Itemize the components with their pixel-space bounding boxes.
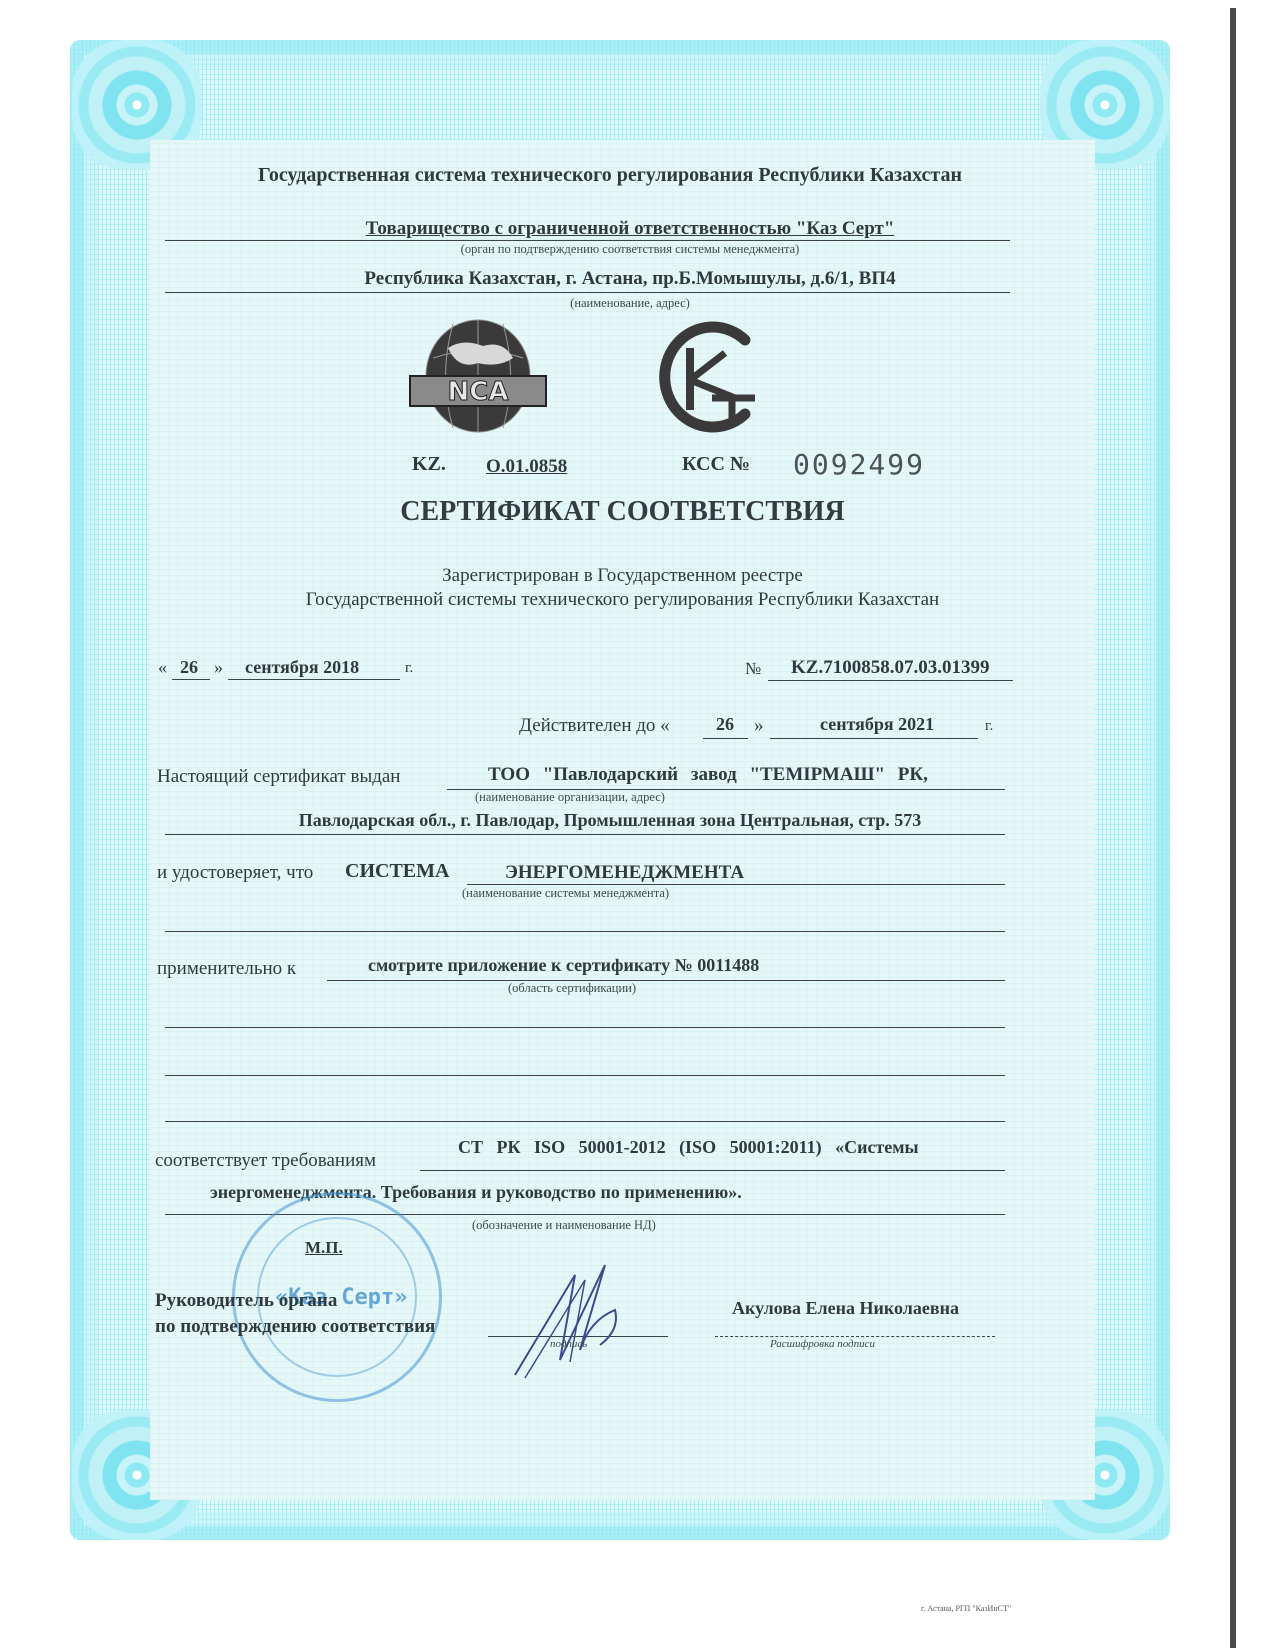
kcc-conformity-mark-icon bbox=[650, 318, 765, 436]
body-caption: (орган по подтверждению соответствия сис… bbox=[165, 242, 1095, 257]
issued-to-label: Настоящий сертификат выдан bbox=[157, 766, 400, 788]
address-caption: (наименование, адрес) bbox=[165, 296, 1095, 311]
underline bbox=[770, 738, 978, 739]
certifies-caption: (наименование системы менеджмента) bbox=[462, 886, 669, 901]
signatory-role-line-1: Руководитель органа bbox=[155, 1290, 337, 1312]
underline bbox=[165, 834, 1005, 835]
certificate-title: СЕРТИФИКАТ СООТВЕТСТВИЯ bbox=[150, 496, 1095, 528]
certifies-system-label: СИСТЕМА bbox=[345, 860, 449, 883]
printer-note: г. Астана, РГП "КазИнСТ" bbox=[921, 1604, 1011, 1613]
underline bbox=[228, 679, 400, 680]
kcc-label: КСС № bbox=[682, 453, 750, 476]
underline bbox=[703, 738, 748, 739]
issue-month-year: сентября 2018 bbox=[245, 657, 359, 678]
underline bbox=[172, 679, 210, 680]
certification-body-address: Республика Казахстан, г. Астана, пр.Б.Мо… bbox=[165, 268, 1095, 290]
date-close-quote: » bbox=[214, 657, 223, 678]
underline bbox=[715, 1336, 995, 1337]
scope-value: смотрите приложение к сертификату № 0011… bbox=[368, 955, 759, 976]
nca-globe-logo-icon: NCA bbox=[408, 318, 548, 436]
signatory-name: Акулова Елена Николаевна bbox=[732, 1298, 959, 1319]
cert-number-label: № bbox=[745, 659, 761, 679]
date-open-quote: « bbox=[158, 657, 167, 678]
certificate-number: KZ.7100858.07.03.01399 bbox=[791, 657, 989, 679]
valid-until-month-year: сентября 2021 bbox=[820, 714, 934, 735]
registered-line-1: Зарегистрирован в Государственном реестр… bbox=[150, 565, 1095, 587]
svg-text:NCA: NCA bbox=[448, 377, 509, 407]
scope-caption: (область сертификации) bbox=[508, 981, 636, 996]
management-system-name: ЭНЕРГОМЕНЕДЖМЕНТА bbox=[505, 862, 744, 884]
valid-year-suffix: г. bbox=[985, 718, 993, 735]
underline bbox=[768, 680, 1013, 681]
underline bbox=[327, 980, 1005, 981]
certification-body-name: Товарищество с ограниченной ответственно… bbox=[165, 218, 1095, 240]
issued-to-organization: ТОО "Павлодарский завод "ТЕМІРМАШ" РК, bbox=[488, 764, 928, 786]
underline bbox=[165, 292, 1010, 293]
signature-caption: подпись bbox=[550, 1338, 587, 1350]
underline bbox=[165, 1027, 1005, 1028]
standard-line-2: энергоменеджмента. Требования и руководс… bbox=[210, 1182, 742, 1203]
issued-to-caption: (наименование организации, адрес) bbox=[475, 790, 665, 805]
name-caption: Расшифровка подписи bbox=[770, 1338, 875, 1350]
complies-caption: (обозначение и наименование НД) bbox=[472, 1218, 656, 1233]
underline bbox=[467, 884, 1005, 885]
authority-heading: Государственная система технического рег… bbox=[195, 164, 1025, 187]
kz-accreditation-number: О.01.0858 bbox=[486, 456, 567, 478]
valid-until-label: Действителен до « bbox=[519, 715, 670, 737]
kz-label: KZ. bbox=[412, 453, 446, 476]
kcc-serial-number: 0092499 bbox=[793, 448, 925, 481]
valid-until-day: 26 bbox=[716, 714, 734, 735]
certifies-label: и удостоверяет, что bbox=[157, 862, 313, 884]
standard-line-1: СТ РК ISO 50001-2012 (ISO 50001:2011) «С… bbox=[458, 1137, 919, 1158]
valid-close-quote: » bbox=[754, 715, 764, 737]
scope-label: применительно к bbox=[157, 958, 296, 980]
complies-label: соответствует требованиям bbox=[155, 1150, 376, 1172]
underline bbox=[165, 931, 1005, 932]
underline bbox=[165, 240, 1010, 241]
underline bbox=[165, 1075, 1005, 1076]
signatory-role-line-2: по подтверждению соответствия bbox=[155, 1316, 435, 1338]
page-edge bbox=[1230, 8, 1236, 1648]
underline bbox=[165, 1121, 1005, 1122]
issued-to-address: Павлодарская обл., г. Павлодар, Промышле… bbox=[165, 810, 1055, 831]
issue-day: 26 bbox=[180, 657, 198, 678]
underline bbox=[420, 1170, 1005, 1171]
registered-line-2: Государственной системы технического рег… bbox=[150, 589, 1095, 611]
issue-year-suffix: г. bbox=[405, 660, 413, 677]
seal-place-label: М.П. bbox=[305, 1238, 343, 1258]
handwritten-signature-icon bbox=[500, 1250, 660, 1380]
